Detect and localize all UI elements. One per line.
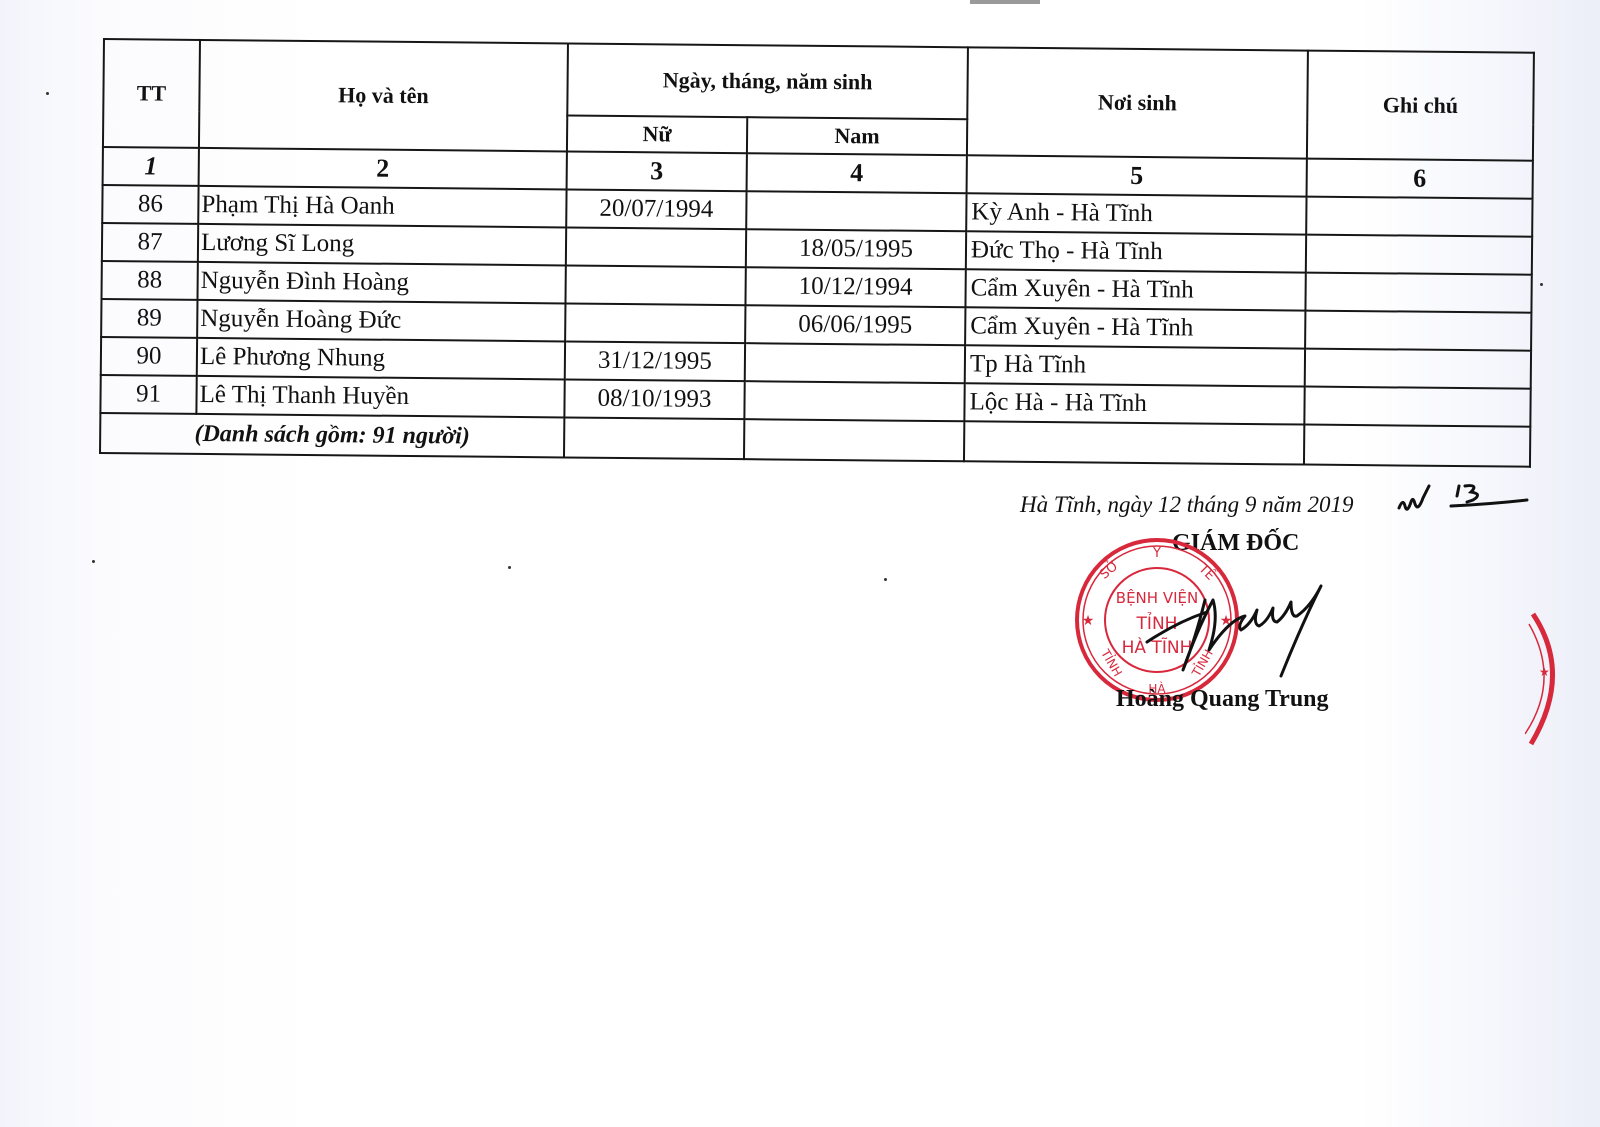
row-tt: 90 bbox=[101, 337, 197, 376]
header-note: Ghi chú bbox=[1307, 51, 1534, 161]
scan-speck bbox=[884, 578, 887, 581]
row-birthplace: Kỳ Anh - Hà Tĩnh bbox=[966, 193, 1306, 234]
row-female-dob: 08/10/1993 bbox=[564, 379, 744, 419]
people-list-table-container: TT Họ và tên Ngày, tháng, năm sinh Nơi s… bbox=[99, 38, 1535, 468]
row-note bbox=[1305, 273, 1531, 313]
row-name: Nguyễn Hoàng Đức bbox=[197, 300, 565, 342]
row-female-dob bbox=[565, 303, 745, 343]
row-name: Phạm Thị Hà Oanh bbox=[198, 186, 566, 228]
row-male-dob: 18/05/1995 bbox=[746, 229, 966, 269]
summary-empty-cell bbox=[964, 421, 1304, 464]
row-tt: 86 bbox=[102, 185, 198, 224]
handwritten-initials-icon bbox=[1395, 478, 1535, 528]
row-female-dob bbox=[565, 265, 745, 305]
partial-stamp-edge-icon: ★ bbox=[1525, 610, 1585, 750]
row-name: Lê Phương Nhung bbox=[197, 338, 565, 380]
row-birthplace: Cẩm Xuyên - Hà Tĩnh bbox=[965, 307, 1305, 348]
signature-icon bbox=[1145, 570, 1385, 700]
row-birthplace: Cẩm Xuyên - Hà Tĩnh bbox=[965, 269, 1305, 310]
row-birthplace: Lộc Hà - Hà Tĩnh bbox=[964, 383, 1304, 424]
row-note bbox=[1304, 387, 1530, 427]
row-female-dob: 20/07/1994 bbox=[566, 189, 746, 229]
column-number-2: 2 bbox=[199, 148, 567, 190]
column-number-4: 4 bbox=[747, 153, 967, 193]
row-name: Lê Thị Thanh Huyền bbox=[196, 376, 564, 418]
row-note bbox=[1306, 235, 1532, 275]
row-male-dob: 10/12/1994 bbox=[745, 267, 965, 307]
row-female-dob bbox=[566, 227, 746, 267]
header-female: Nữ bbox=[567, 115, 747, 153]
row-name: Nguyễn Đình Hoàng bbox=[197, 262, 565, 304]
header-dob-group: Ngày, tháng, năm sinh bbox=[567, 43, 968, 119]
row-male-dob bbox=[745, 343, 965, 383]
people-list-table: TT Họ và tên Ngày, tháng, năm sinh Nơi s… bbox=[99, 38, 1535, 468]
row-female-dob: 31/12/1995 bbox=[565, 341, 745, 381]
header-birthplace: Nơi sinh bbox=[967, 47, 1308, 158]
row-tt: 88 bbox=[101, 261, 197, 300]
row-tt: 91 bbox=[100, 375, 196, 414]
row-note bbox=[1305, 349, 1531, 389]
svg-text:★: ★ bbox=[1082, 613, 1095, 629]
column-number-3: 3 bbox=[567, 151, 747, 191]
row-birthplace: Đức Thọ - Hà Tĩnh bbox=[966, 231, 1306, 272]
column-number-6: 6 bbox=[1307, 159, 1533, 199]
place-and-date: Hà Tĩnh, ngày 12 tháng 9 năm 2019 bbox=[1020, 492, 1354, 518]
svg-text:★: ★ bbox=[1539, 665, 1550, 679]
svg-text:Y: Y bbox=[1152, 546, 1161, 561]
scan-artifact bbox=[970, 0, 1040, 4]
column-number-1: 1 bbox=[103, 147, 199, 186]
row-male-dob bbox=[746, 191, 966, 231]
summary-empty-cell bbox=[564, 417, 744, 459]
row-birthplace: Tp Hà Tĩnh bbox=[965, 345, 1305, 386]
row-male-dob bbox=[744, 381, 964, 421]
header-name: Họ và tên bbox=[199, 40, 568, 152]
row-note bbox=[1305, 311, 1531, 351]
signature-block: Hà Tĩnh, ngày 12 tháng 9 năm 2019 Y SỞ T… bbox=[1010, 490, 1570, 730]
summary-empty-cell bbox=[744, 419, 964, 461]
row-note bbox=[1306, 197, 1532, 237]
summary-text: (Danh sách gồm: 91 người) bbox=[100, 413, 564, 457]
summary-empty-cell bbox=[1304, 425, 1530, 467]
row-male-dob: 06/06/1995 bbox=[745, 305, 965, 345]
row-tt: 89 bbox=[101, 299, 197, 338]
column-number-5: 5 bbox=[967, 155, 1307, 196]
svg-text:SỞ: SỞ bbox=[1096, 557, 1122, 583]
row-tt: 87 bbox=[102, 223, 198, 262]
scan-speck bbox=[508, 566, 511, 569]
scan-speck bbox=[46, 92, 49, 95]
header-tt: TT bbox=[103, 39, 200, 148]
scan-speck bbox=[92, 560, 95, 563]
header-male: Nam bbox=[747, 117, 967, 155]
row-name: Lương Sĩ Long bbox=[198, 224, 566, 266]
scan-speck bbox=[1540, 283, 1543, 286]
